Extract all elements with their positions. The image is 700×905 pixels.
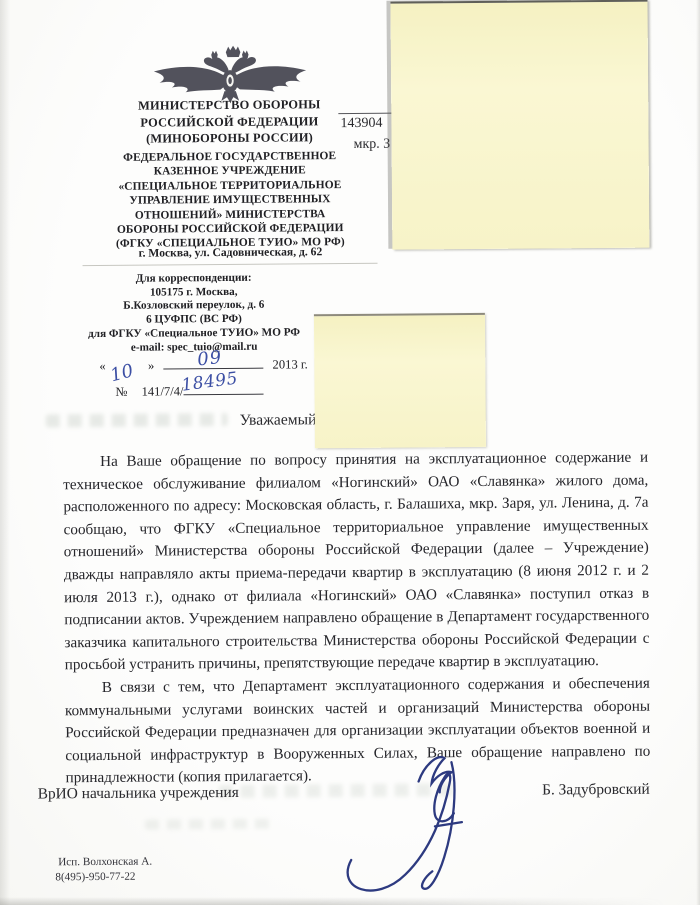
body-paragraph: На Ваше обращение по вопросу принятия на… [63,447,650,678]
signer-position-title: ВрИО начальника учреждения [38,784,239,804]
bleed-through-mark [145,819,273,830]
recipient-address-fragment: мкр. З [354,137,391,153]
correspondence-line: для ФГКУ «Специальное ТУИО» МО РФ [57,326,331,342]
salutation: Уважаемый [240,411,317,430]
close-quote: » [148,359,154,374]
signer-name: Б. Задубровский [542,781,650,800]
executor-phone: 8(495)-950-77-22 [55,871,135,884]
letter-body: На Ваше обращение по вопросу принятия на… [63,447,651,790]
bleed-through-mark [46,413,228,427]
handwritten-signature [330,741,483,904]
paper-content: МИНИСТЕРСТВО ОБОРОНЫ РОССИЙСКОЙ ФЕДЕРАЦИ… [0,0,700,905]
organization-address: г. Москва, ул. Садовническая, д. 62 [65,245,395,261]
address-underline [83,263,378,266]
sticky-note-addressee [314,313,486,448]
scan-edge-right [696,0,700,905]
scan-edge-left [0,0,10,905]
reference-number-line: №141/7/4/18495 [115,382,263,400]
number-slot: 18495 [183,382,263,396]
printed-number: 141/7/4/ [141,384,183,398]
month-slot: 09 [163,356,263,370]
open-quote: « [99,359,105,374]
sticky-note-top-right [390,0,649,250]
date-line: « 10 » 09 2013 г. [99,355,308,374]
correspondence-block: Для корреспонденции: 105175 г. Москва, Б… [57,271,332,355]
year-label: 2013 г. [272,357,307,372]
handwritten-month: 09 [196,347,223,371]
scan-edge-bottom [0,897,700,905]
executor-name: Исп. Волхонская А. [58,856,152,869]
scanned-letter-page: МИНИСТЕРСТВО ОБОРОНЫ РОССИЙСКОЙ ФЕДЕРАЦИ… [0,0,700,905]
institution-name: ФЕДЕРАЛЬНОЕ ГОСУДАРСТВЕННОЕ КАЗЕННОЕ УЧР… [55,149,406,253]
correspondence-line: e-mail: spec_tuio@mail.ru [57,340,331,356]
recipient-postcode: 143904 [340,116,382,132]
number-sign: № [115,385,127,399]
